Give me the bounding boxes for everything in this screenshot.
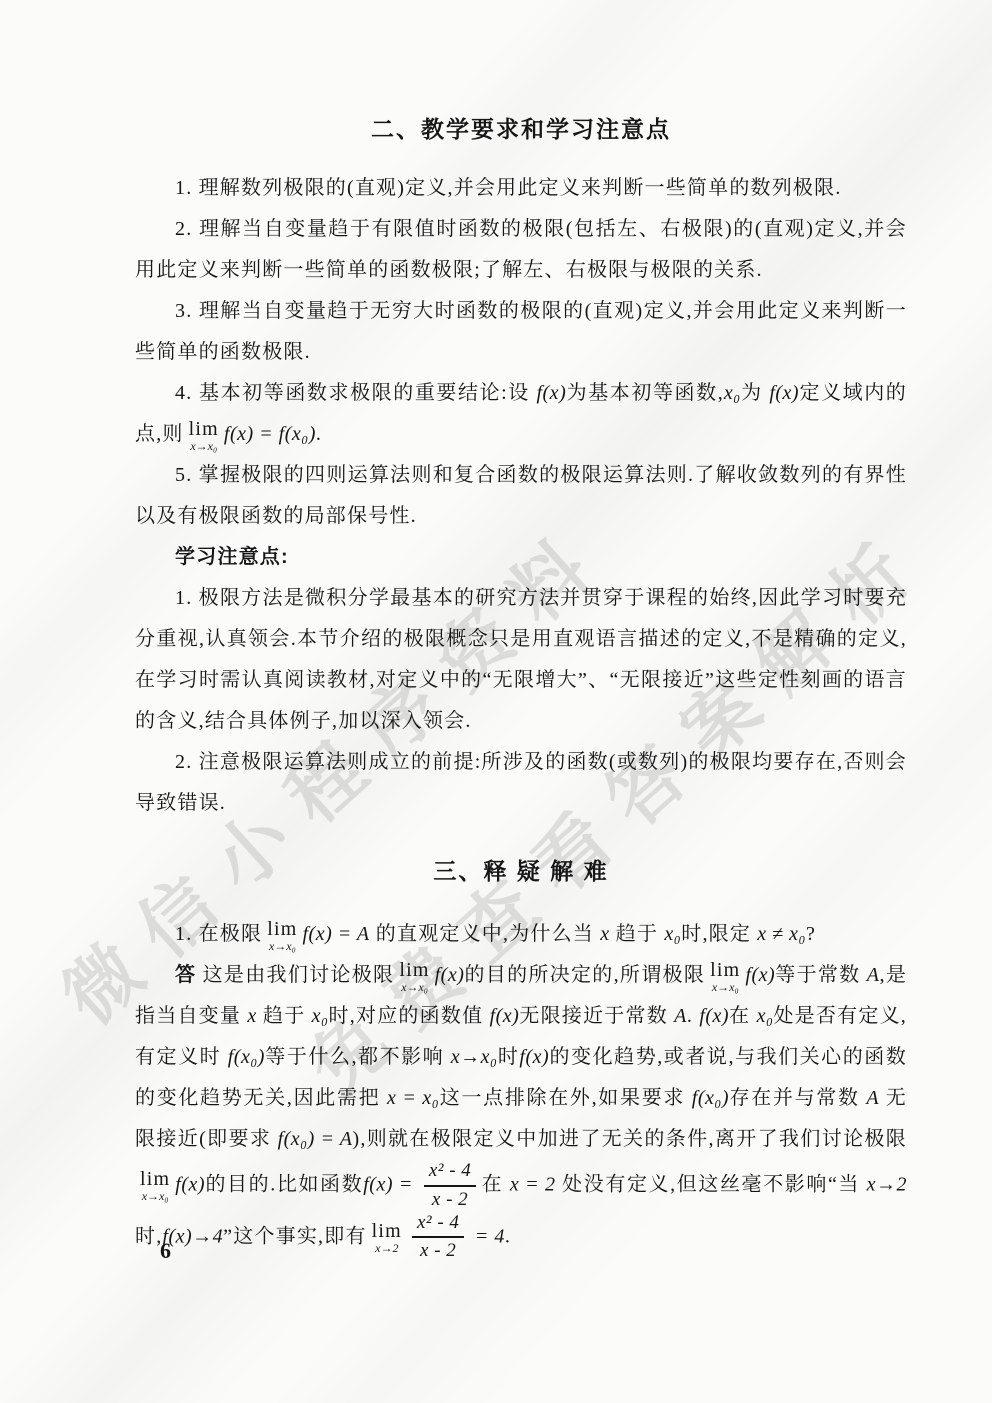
paragraph: 答 这是由我们讨论极限limx→x₀f(x)的目的所决定的,所谓极限limx→x… (135, 955, 907, 1263)
limit-word: lim (372, 1221, 402, 1241)
math-run: f(x) = f(x₀) (224, 423, 316, 445)
paragraph: 1. 理解数列极限的(直观)定义,并会用此定义来判断一些简单的数列极限. (135, 168, 907, 209)
math-run: x ≠ x₀ (757, 923, 806, 945)
math-run: x (247, 1005, 256, 1027)
limit-notation: limx→2 (372, 1221, 402, 1254)
limit-subscript: x→x₀ (401, 981, 428, 993)
paragraph: 2. 注意极限运算法则成立的前提:所涉及的函数(或数列)的极限均要存在,否则会导… (135, 742, 907, 824)
math-run: x₀ (757, 1005, 774, 1027)
limit-notation: limx→x₀ (710, 960, 740, 993)
text-run: 1. 极限方法是微积分学最基本的研究方法并贯穿于课程的始终,因此学习时要充分重视… (135, 587, 907, 732)
limit-subscript: x→2 (375, 1242, 398, 1254)
fraction-denominator: x - 2 (420, 1238, 456, 1263)
text-run: . (687, 1005, 699, 1027)
limit-subscript: x→x₀ (269, 940, 296, 952)
text-run: 这是由我们讨论极限 (196, 964, 394, 986)
math-run: f(x) (435, 964, 465, 986)
limit-word: lim (189, 419, 219, 439)
math-run: = 4 (469, 1225, 505, 1247)
text-run: 等于常数 (775, 964, 867, 986)
text-run: 无限接近于常数 (519, 1005, 674, 1027)
math-run: x = 2 (510, 1173, 556, 1195)
section-qa-body: 1. 在极限limx→x₀f(x) = A 的直观定义中,为什么当 x 趋于 x… (135, 914, 907, 1263)
text-run: 的直观定义中,为什么当 (370, 923, 601, 945)
text-run: 5. 掌握极限的四则运算法则和复合函数的极限运算法则.了解收敛数列的有界性以及有… (135, 464, 907, 527)
math-run: f(x) (536, 382, 566, 404)
math-run: f(x) (745, 964, 775, 986)
text-run: . (505, 1225, 511, 1247)
math-run: A (674, 1005, 687, 1027)
text-run: 时,对应的函数值 (329, 1005, 490, 1027)
section-teaching-requirements-body: 1. 理解数列极限的(直观)定义,并会用此定义来判断一些简单的数列极限.2. 理… (135, 168, 907, 824)
text-run: ”这个事实,即有 (223, 1225, 366, 1247)
paragraph: 2. 理解当自变量趋于有限值时函数的极限(包括左、右极限)的(直观)定义,并会用… (135, 209, 907, 291)
section-title-qa: 三、释 疑 解 难 (135, 854, 907, 888)
text-run: 趋于 (257, 1005, 312, 1027)
math-run: x₀ (664, 923, 681, 945)
text-run: 这一点排除在外,如果要求 (439, 1087, 692, 1109)
paragraph: 5. 掌握极限的四则运算法则和复合函数的极限运算法则.了解收敛数列的有界性以及有… (135, 455, 907, 537)
math-run: f(x) = (363, 1173, 419, 1195)
math-run: f(x₀) (692, 1087, 729, 1109)
text-run: 3. 理解当自变量趋于无穷大时函数的极限的(直观)定义,并会用此定义来判断一些简… (135, 300, 907, 363)
math-run: f(x)→4 (162, 1225, 223, 1247)
text-run: 存在并与常数 (729, 1087, 866, 1109)
fraction: x² - 4x - 2 (424, 1160, 476, 1212)
paragraph: 3. 理解当自变量趋于无穷大时函数的极限的(直观)定义,并会用此定义来判断一些简… (135, 291, 907, 373)
text-run: 4. 基本初等函数求极限的重要结论:设 (175, 382, 536, 404)
text-run: 趋于 (610, 923, 665, 945)
bold-run: 答 (175, 964, 196, 986)
limit-subscript: x→x₀ (142, 1190, 169, 1202)
limit-subscript: x→x₀ (712, 981, 739, 993)
limit-word: lim (710, 960, 740, 980)
text-run: . (316, 423, 322, 445)
math-run: x₀ (312, 1005, 329, 1027)
limit-notation: limx→x₀ (140, 1169, 170, 1202)
text-run: 的目的所决定的,所谓极限 (464, 964, 705, 986)
math-run: f(x) (519, 1046, 549, 1068)
section-title-teaching-requirements: 二、教学要求和学习注意点 (135, 112, 907, 146)
text-run: 时, (135, 1225, 162, 1247)
math-run: A (866, 1087, 879, 1109)
paragraph: 4. 基本初等函数求极限的重要结论:设 f(x)为基本初等函数,x₀为 f(x)… (135, 373, 907, 455)
text-run: ),则就在极限定义中加进了无关的条件,离开了我们讨论极限 (352, 1128, 907, 1150)
math-run: f(x) (699, 1005, 729, 1027)
limit-word: lim (267, 919, 297, 939)
math-run: x = x₀ (387, 1087, 439, 1109)
limit-subscript: x→x₀ (190, 440, 217, 452)
limit-notation: limx→x₀ (189, 419, 219, 452)
text-run: 在 (729, 1005, 756, 1027)
text-run: 在 (481, 1173, 510, 1195)
text-run: 等于什么,都不影响 (265, 1046, 451, 1068)
text-run: 2. 注意极限运算法则成立的前提:所涉及的函数(或数列)的极限均要存在,否则会导… (135, 751, 907, 814)
fraction: x² - 4x - 2 (412, 1212, 464, 1264)
math-run: x→x₀ (451, 1046, 498, 1068)
limit-notation: limx→x₀ (399, 960, 429, 993)
text-run: 2. 理解当自变量趋于有限值时函数的极限(包括左、右极限)的(直观)定义,并会用… (135, 218, 907, 281)
paragraph: 1. 极限方法是微积分学最基本的研究方法并贯穿于课程的始终,因此学习时要充分重视… (135, 578, 907, 742)
limit-word: lim (140, 1169, 170, 1189)
text-run: 为 (741, 382, 770, 404)
bold-run: 学习注意点: (175, 546, 289, 568)
text-run: 时 (498, 1046, 520, 1068)
limit-notation: limx→x₀ (267, 919, 297, 952)
scanned-textbook-page: 微信小程序资料 免费查看答案解析 二、教学要求和学习注意点 1. 理解数列极限的… (0, 0, 992, 1403)
math-run: x₀ (724, 382, 741, 404)
text-run: ? (806, 923, 816, 945)
math-run: x (600, 923, 609, 945)
text-run: 为基本初等函数, (566, 382, 724, 404)
math-run: x→2 (867, 1173, 907, 1195)
text-run: 的目的.比如函数 (205, 1173, 363, 1195)
fraction-numerator: x² - 4 (424, 1160, 476, 1187)
text-run: 时,限定 (681, 923, 757, 945)
page-content: 二、教学要求和学习注意点 1. 理解数列极限的(直观)定义,并会用此定义来判断一… (135, 112, 907, 1263)
math-run: f(x) (769, 382, 799, 404)
page-number: 6 (160, 1238, 171, 1264)
text-run: 1. 理解数列极限的(直观)定义,并会用此定义来判断一些简单的数列极限. (175, 177, 842, 199)
text-run: 1. 在极限 (175, 923, 262, 945)
math-run: A (867, 964, 880, 986)
fraction-numerator: x² - 4 (412, 1212, 464, 1239)
text-run: 处没有定义,但这丝毫不影响“当 (556, 1173, 867, 1195)
math-run: f(x) (175, 1173, 205, 1195)
limit-word: lim (399, 960, 429, 980)
math-run: f(x₀) = A (278, 1128, 353, 1150)
math-run: f(x) = A (302, 923, 369, 945)
paragraph: 学习注意点: (135, 537, 907, 578)
paragraph: 1. 在极限limx→x₀f(x) = A 的直观定义中,为什么当 x 趋于 x… (135, 914, 907, 955)
math-run: f(x) (490, 1005, 520, 1027)
fraction-denominator: x - 2 (432, 1187, 468, 1212)
math-run: f(x₀) (228, 1046, 265, 1068)
